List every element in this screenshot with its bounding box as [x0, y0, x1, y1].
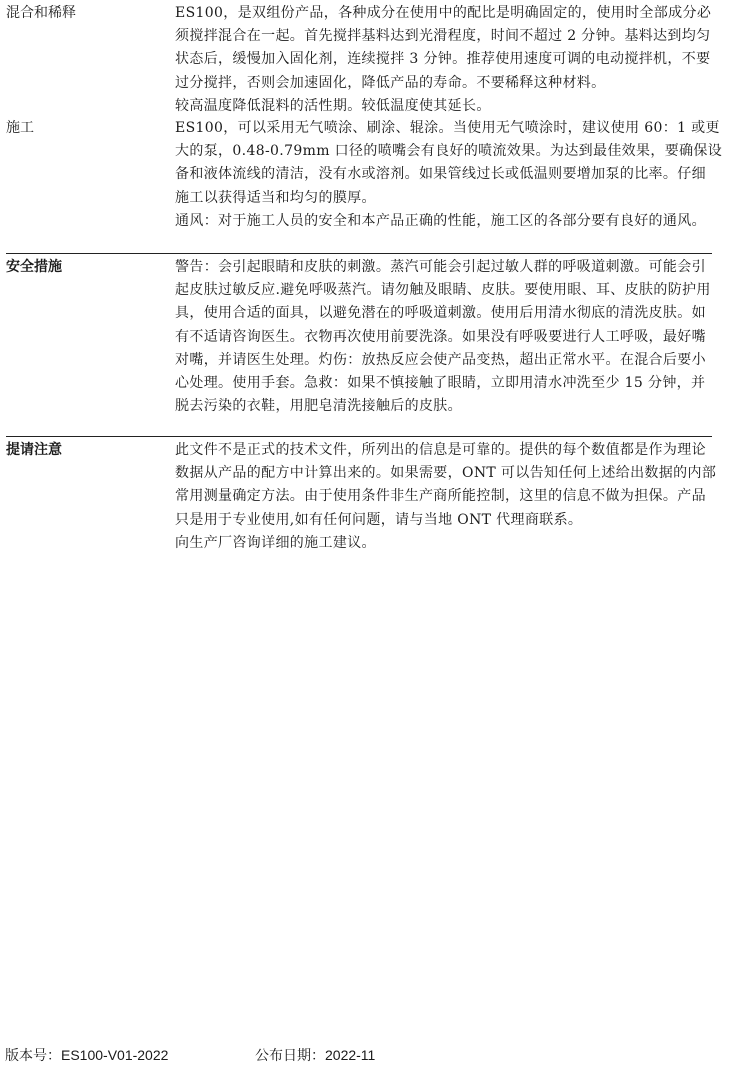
body-line: 此文件不是正式的技术文件，所列出的信息是可靠的。提供的每个数值都是作为理论 — [175, 439, 747, 462]
section-divider — [6, 436, 712, 437]
body-line: 状态后，缓慢加入固化剂，连续搅拌 3 分钟。推荐使用速度可调的电动搅拌机，不要 — [175, 48, 747, 71]
body-line: 通风：对于施工人员的安全和本产品正确的性能，施工区的各部分要有良好的通风。 — [175, 210, 747, 233]
body-line: 施工以获得适当和均匀的膜厚。 — [175, 187, 747, 210]
body-line: 向生产厂咨询详细的施工建议。 — [175, 532, 747, 555]
body-line: 常用测量确定方法。由于使用条件非生产商所能控制，这里的信息不做为担保。产品 — [175, 485, 747, 508]
body-line: 备和液体流线的清洁，没有水或溶剂。如果管线过长或低温则要增加泵的比率。仔细 — [175, 163, 747, 186]
section-body: 警告：会引起眼睛和皮肤的刺激。蒸汽可能会引起过敏人群的呼吸道刺激。可能会引 起皮… — [175, 256, 747, 418]
body-line: 具，使用合适的面具，以避免潜在的呼吸道刺激。使用后用清水彻底的清洗皮肤。如 — [175, 302, 747, 325]
body-line: 脱去污染的衣鞋，用肥皂清洗接触后的皮肤。 — [175, 395, 747, 418]
section-label: 施工 — [6, 117, 34, 140]
body-line: 对嘴，并请医生处理。灼伤：放热反应会使产品变热，超出正常水平。在混合后要小 — [175, 349, 747, 372]
date-label: 公布日期： — [255, 1048, 325, 1064]
body-line: 有不适请咨询医生。衣物再次使用前要洗涤。如果没有呼吸要进行人工呼吸，最好嘴 — [175, 326, 747, 349]
body-line: 起皮肤过敏反应.避免呼吸蒸汽。请勿触及眼睛、皮肤。要使用眼、耳、皮肤的防护用 — [175, 279, 747, 302]
section-label: 安全措施 — [6, 256, 62, 279]
section-divider — [6, 253, 712, 254]
body-line: 过分搅拌，否则会加速固化，降低产品的寿命。不要稀释这种材料。 — [175, 72, 747, 95]
version-info: 版本号：ES100-V01-2022 — [5, 1046, 168, 1065]
body-line: 心处理。使用手套。急救：如果不慎接触了眼睛，立即用清水冲洗至少 15 分钟，并 — [175, 372, 747, 395]
section-label: 混合和稀释 — [6, 2, 76, 25]
body-line: 数据从产品的配方中计算出来的。如果需要，ONT 可以告知任何上述给出数据的内部 — [175, 462, 747, 485]
body-line: ES100，是双组份产品，各种成分在使用中的配比是明确固定的，使用时全部成分必 — [175, 2, 747, 25]
section-body: 此文件不是正式的技术文件，所列出的信息是可靠的。提供的每个数值都是作为理论 数据… — [175, 439, 747, 555]
body-line: 较高温度降低混料的活性期。较低温度使其延长。 — [175, 95, 747, 118]
publish-date-info: 公布日期：2022-11 — [255, 1046, 375, 1065]
date-value: 2022-11 — [325, 1047, 375, 1063]
version-value: ES100-V01-2022 — [61, 1047, 168, 1063]
section-body: ES100，可以采用无气喷涂、刷涂、辊涂。当使用无气喷涂时，建议使用 60：1 … — [175, 117, 747, 233]
version-label: 版本号： — [5, 1048, 61, 1064]
section-body: ES100，是双组份产品，各种成分在使用中的配比是明确固定的，使用时全部成分必 … — [175, 2, 747, 118]
body-line: 须搅拌混合在一起。首先搅拌基料达到光滑程度，时间不超过 2 分钟。基料达到均匀 — [175, 25, 747, 48]
body-line: 只是用于专业使用,如有任何问题，请与当地 ONT 代理商联系。 — [175, 509, 747, 532]
body-line: 大的泵，0.48-0.79mm 口径的喷嘴会有良好的喷流效果。为达到最佳效果，要… — [175, 140, 747, 163]
section-label: 提请注意 — [6, 439, 62, 462]
body-line: ES100，可以采用无气喷涂、刷涂、辊涂。当使用无气喷涂时，建议使用 60：1 … — [175, 117, 747, 140]
body-line: 警告：会引起眼睛和皮肤的刺激。蒸汽可能会引起过敏人群的呼吸道刺激。可能会引 — [175, 256, 747, 279]
